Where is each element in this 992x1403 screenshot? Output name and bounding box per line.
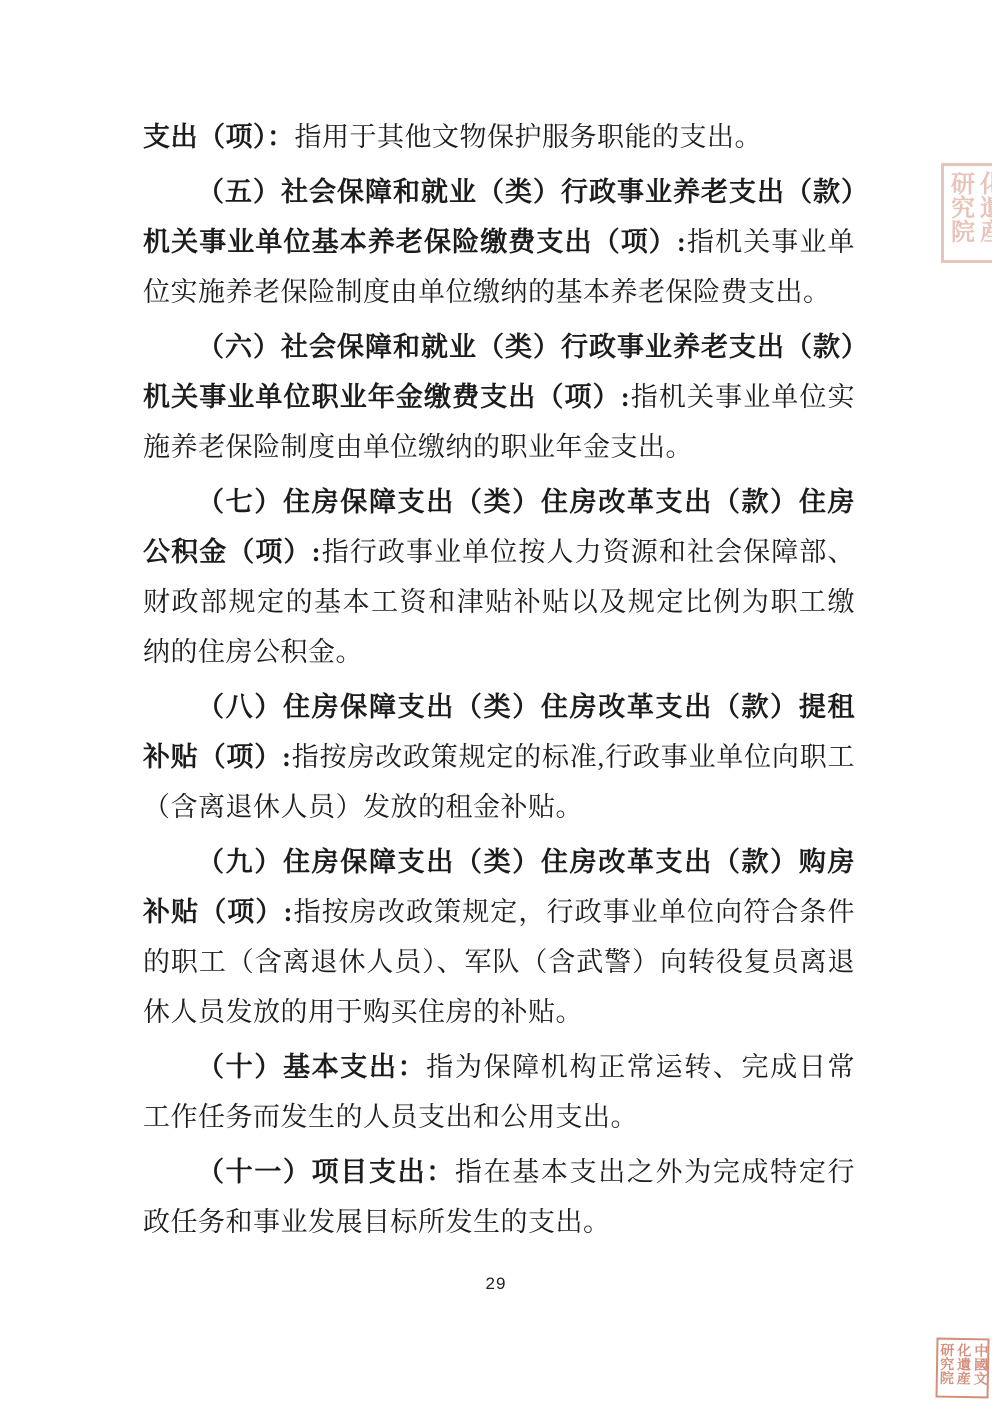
paragraph: （十）基本支出：指为保障机构正常运转、完成日常工作任务而发生的人员支出和公用支出… [143, 1042, 855, 1142]
paragraph: （九）住房保障支出（类）住房改革支出（款）购房补贴（项）:指按房改政策规定，行政… [143, 837, 855, 1037]
seal-text: 中國文化遺産研究院 [945, 171, 992, 255]
term-label: （十一）项目支出： [197, 1157, 455, 1187]
document-body: 支出（项）：指用于其他文物保护服务职能的支出。 （五）社会保障和就业（类）行政事… [143, 112, 855, 1252]
seal-text: 中國文化遺産研究院 [937, 1343, 989, 1394]
scanned-document-page: 支出（项）：指用于其他文物保护服务职能的支出。 （五）社会保障和就业（类）行政事… [0, 0, 992, 1403]
paragraph: （五）社会保障和就业（类）行政事业养老支出（款）机关事业单位基本养老保险缴费支出… [143, 167, 855, 317]
term-label: （十）基本支出： [197, 1052, 426, 1082]
paragraph: 支出（项）：指用于其他文物保护服务职能的支出。 [143, 112, 855, 162]
term-label: 支出（项）： [143, 122, 295, 152]
paragraph: （八）住房保障支出（类）住房改革支出（款）提租补贴（项）:指按房改政策规定的标准… [143, 682, 855, 832]
red-seal-stamp-bottom: 中國文化遺産研究院 [935, 1338, 989, 1399]
paragraph: （十一）项目支出：指在基本支出之外为完成特定行政任务和事业发展目标所发生的支出。 [143, 1147, 855, 1247]
paragraph: （七）住房保障支出（类）住房改革支出（款）住房公积金（项）:指行政事业单位按人力… [143, 477, 855, 677]
term-definition: 指用于其他文物保护服务职能的支出。 [295, 122, 763, 152]
paragraph: （六）社会保障和就业（类）行政事业养老支出（款）机关事业单位职业年金缴费支出（项… [143, 322, 855, 472]
red-seal-stamp-top-partial: 中國文化遺産研究院 [941, 163, 992, 263]
page-number: 29 [0, 1274, 992, 1294]
